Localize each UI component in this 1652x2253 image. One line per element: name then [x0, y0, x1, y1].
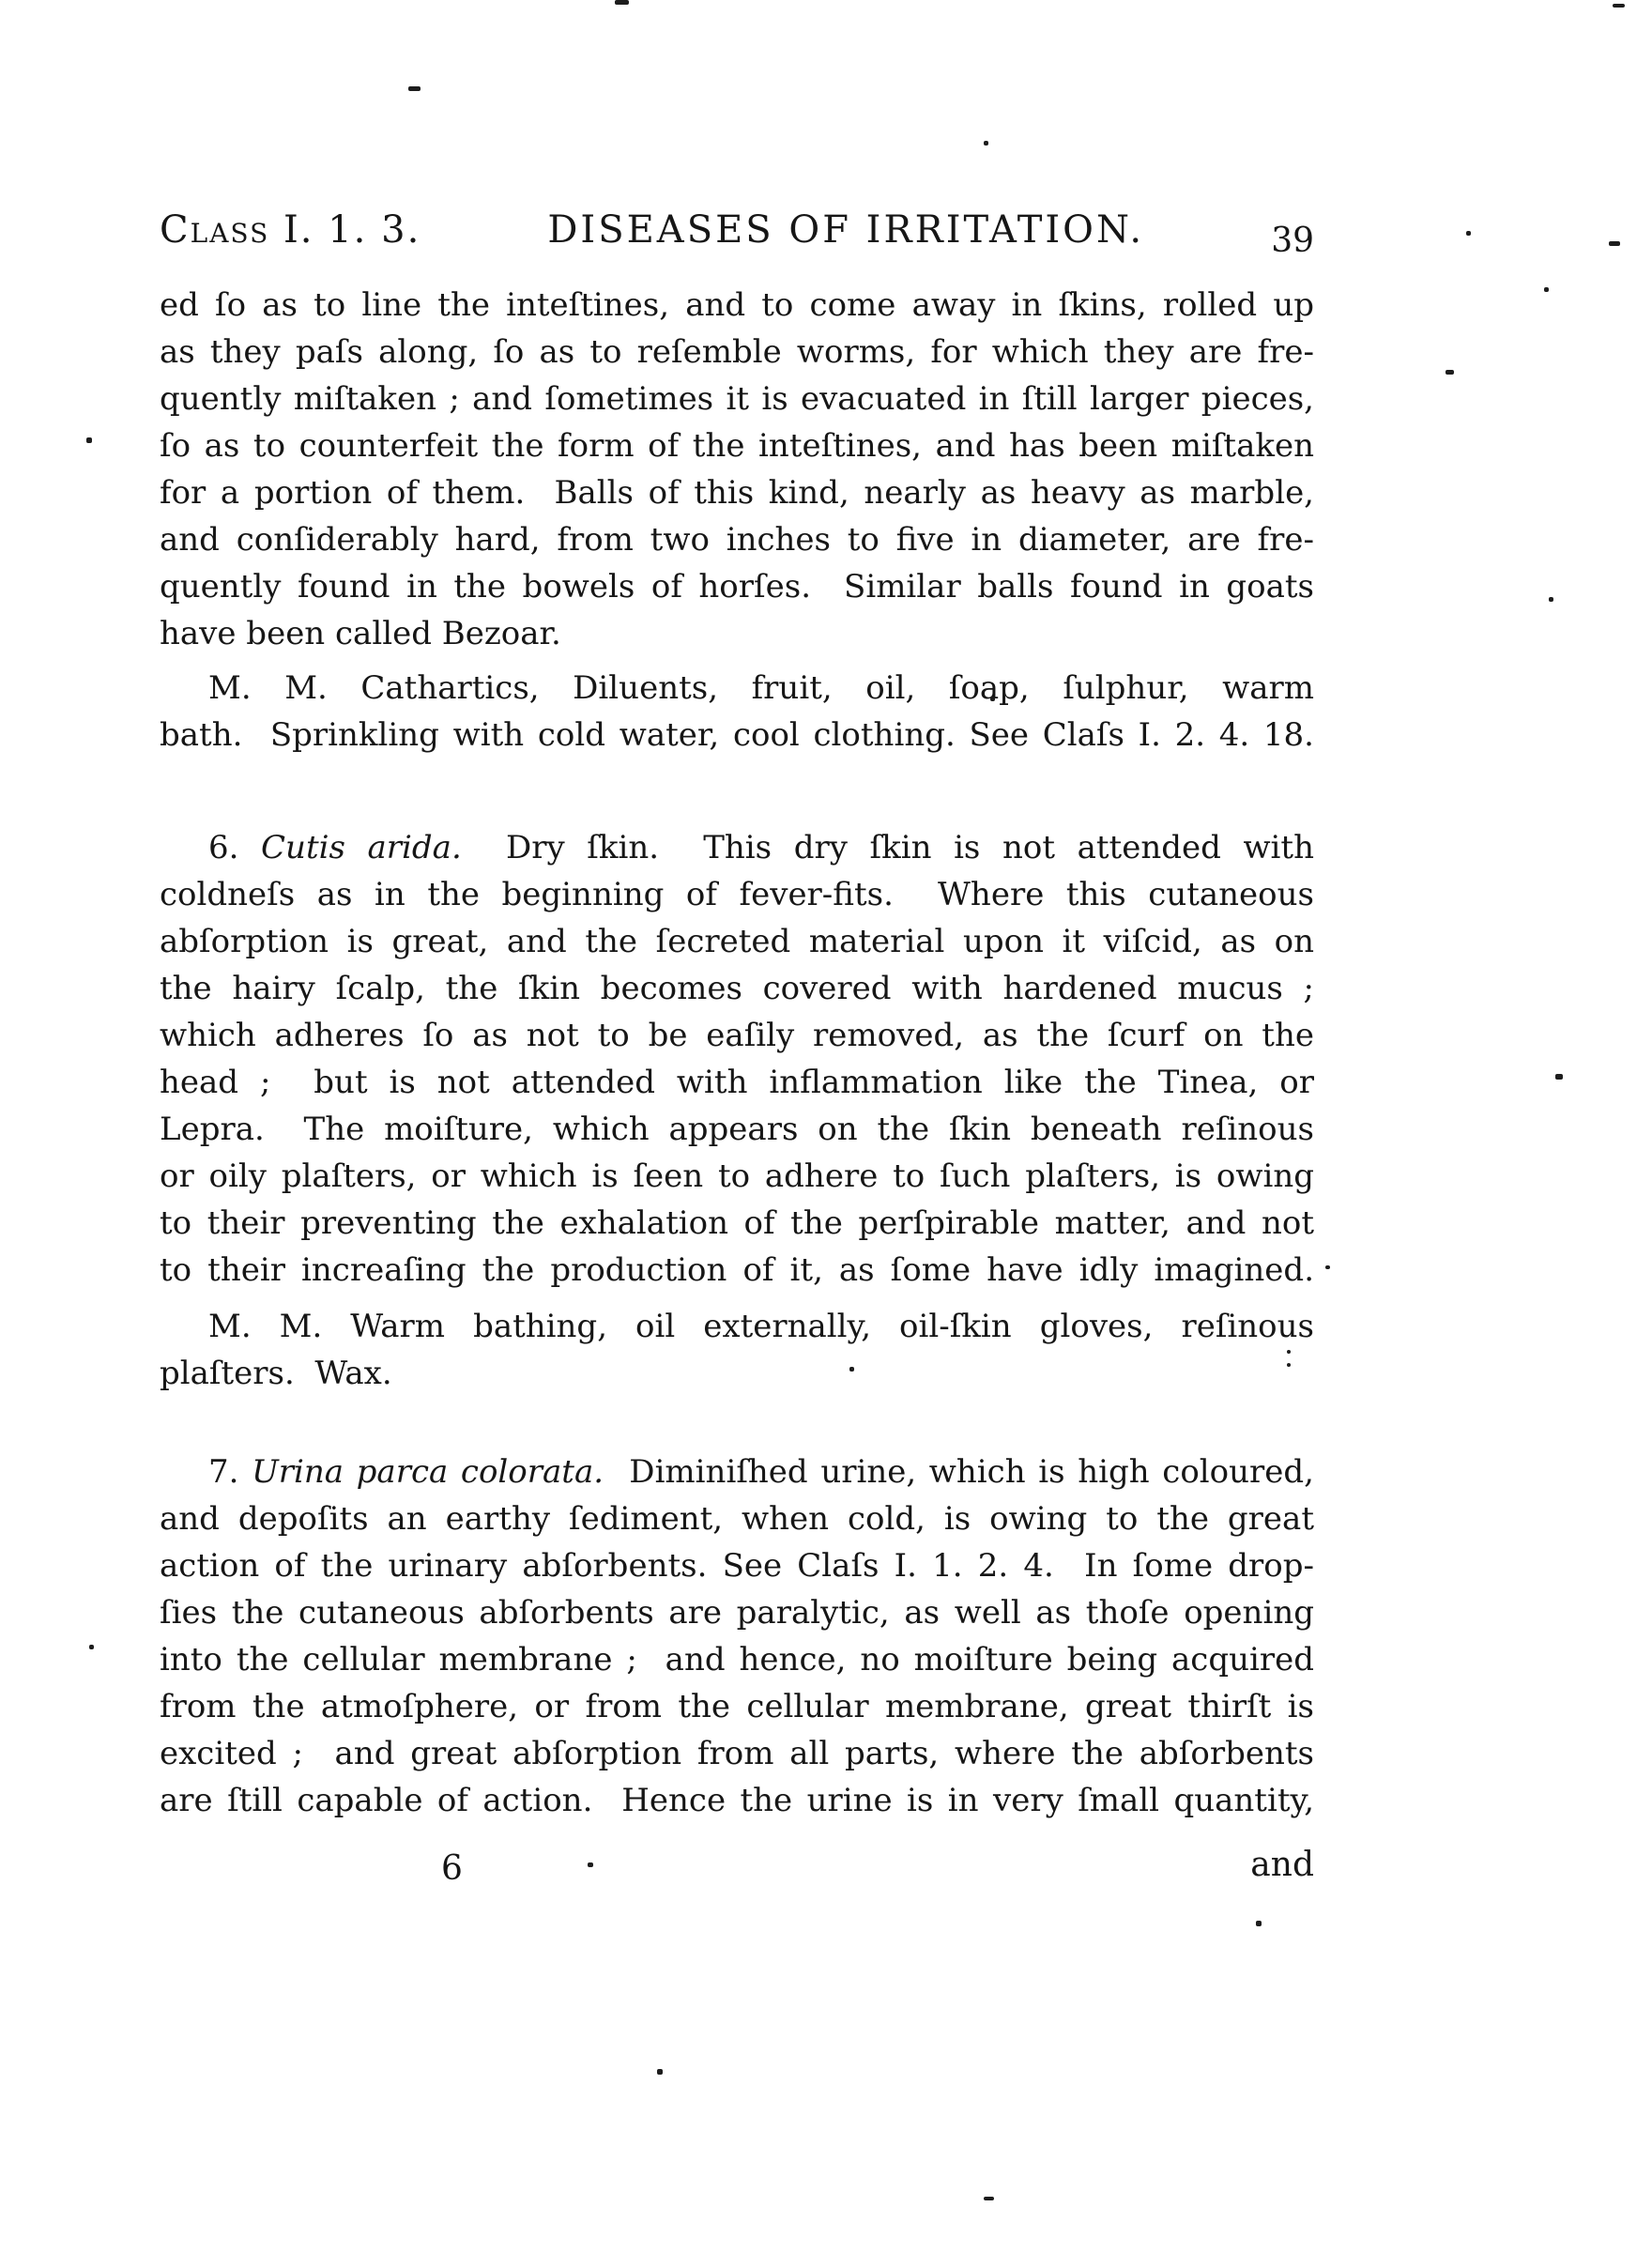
- text-segment: head ; but is not attended with inflamma…: [160, 1064, 1314, 1101]
- text-line: head ; but is not attended with inflamma…: [160, 1059, 1314, 1106]
- text-segment: and depoſits an earthy ſediment, when co…: [160, 1500, 1314, 1538]
- page-number: 39: [1271, 222, 1314, 260]
- scan-speck: [990, 697, 995, 701]
- book-page: Class I. 1. 3. DISEASES OF IRRITATION. 3…: [0, 0, 1652, 2253]
- text-line: Lepra. The moiſture, which appears on th…: [160, 1106, 1314, 1153]
- text-segment: bath. Sprinkling with cold water, cool c…: [160, 716, 1314, 754]
- scan-speck: [1325, 1265, 1330, 1269]
- scan-speck: [984, 141, 988, 146]
- paragraph: 6. Cutis arida. Dry ſkin. This dry ſkin …: [160, 824, 1314, 1294]
- scan-speck: [1256, 1921, 1262, 1926]
- text-line: quently found in the bowels of horſes. S…: [160, 563, 1314, 610]
- text-line: 6. Cutis arida. Dry ſkin. This dry ſkin …: [160, 824, 1314, 871]
- text-segment: quently found in the bowels of horſes. S…: [160, 568, 1314, 605]
- text-line: from the atmoſphere, or from the cellula…: [160, 1683, 1314, 1730]
- italic-phrase: Cutis arida.: [261, 829, 462, 866]
- catchword: and: [1250, 1842, 1314, 1889]
- scan-speck: [1609, 241, 1620, 246]
- text-segment: plaſters. Wax.: [160, 1355, 392, 1392]
- paragraph: M. M. Warm bathing, oil externally, oil-…: [160, 1303, 1314, 1397]
- scan-speck: [408, 86, 421, 91]
- text-line: 7. Urina parca colorata. Diminiſhed urin…: [160, 1448, 1314, 1495]
- text-segment: the hairy ſcalp, the ſkin becomes covere…: [160, 970, 1314, 1007]
- text-line: quently miſtaken ; and ſometimes it is e…: [160, 375, 1314, 422]
- scan-speck: [615, 0, 629, 5]
- scan-speck: [1613, 4, 1625, 8]
- paragraph: 7. Urina parca colorata. Diminiſhed urin…: [160, 1448, 1314, 1824]
- text-segment: are ſtill capable of action. Hence the u…: [160, 1782, 1314, 1819]
- text-line: action of the urinary abſorbents. See Cl…: [160, 1542, 1314, 1589]
- text-segment: coldneſs as in the beginning of fever-fi…: [160, 876, 1314, 913]
- text-line: M. M. Cathartics, Diluents, fruit, oil, …: [160, 665, 1314, 712]
- paragraph: ed ſo as to line the inteſtines, and to …: [160, 282, 1314, 657]
- text-line: ſies the cutaneous abſorbents are paraly…: [160, 1589, 1314, 1636]
- text-line: and depoſits an earthy ſediment, when co…: [160, 1495, 1314, 1542]
- text-line: plaſters. Wax.: [160, 1350, 1314, 1397]
- scan-speck: [849, 1367, 854, 1372]
- page-title: DISEASES OF IRRITATION.: [421, 208, 1271, 252]
- text-line: abſorption is great, and the ſecreted ma…: [160, 918, 1314, 965]
- scan-speck: [1445, 370, 1454, 375]
- text-segment: ed ſo as to line the inteſtines, and to …: [160, 286, 1314, 324]
- text-segment: for a portion of them. Balls of this kin…: [160, 474, 1314, 512]
- text-segment: action of the urinary abſorbents. See Cl…: [160, 1547, 1314, 1585]
- text-segment: excited ; and great abſorption from all …: [160, 1735, 1314, 1772]
- signature-mark: 6: [441, 1846, 463, 1893]
- text-line: are ſtill capable of action. Hence the u…: [160, 1777, 1314, 1824]
- text-segment: into the cellular membrane ; and hence, …: [160, 1641, 1314, 1678]
- scan-speck: [1544, 287, 1549, 292]
- text-segment: and conſiderably hard, from two inches t…: [160, 521, 1314, 559]
- page-footer: 6 and: [160, 1842, 1314, 1889]
- scan-speck: [984, 2197, 994, 2200]
- paragraph: M. M. Cathartics, Diluents, fruit, oil, …: [160, 665, 1314, 759]
- text-line: M. M. Warm bathing, oil externally, oil-…: [160, 1303, 1314, 1350]
- scan-speck: [86, 437, 92, 443]
- text-line: excited ; and great abſorption from all …: [160, 1730, 1314, 1777]
- text-line: ed ſo as to line the inteſtines, and to …: [160, 282, 1314, 329]
- text-line: the hairy ſcalp, the ſkin becomes covere…: [160, 965, 1314, 1012]
- text-segment: from the atmoſphere, or from the cellula…: [160, 1688, 1314, 1725]
- text-segment: 6.: [208, 829, 261, 866]
- scan-speck: [1287, 1363, 1291, 1367]
- text-segment: to their increaſing the production of it…: [160, 1251, 1314, 1289]
- class-label: Class I. 1. 3.: [160, 208, 421, 252]
- text-segment: abſorption is great, and the ſecreted ma…: [160, 923, 1314, 960]
- text-line: have been called Bezoar.: [160, 610, 1314, 657]
- scan-speck: [89, 1645, 94, 1649]
- text-segment: to their preventing the exhalation of th…: [160, 1204, 1314, 1242]
- running-header: Class I. 1. 3. DISEASES OF IRRITATION. 3…: [160, 208, 1314, 252]
- scan-speck: [1466, 231, 1471, 236]
- text-line: into the cellular membrane ; and hence, …: [160, 1636, 1314, 1683]
- text-segment: which adheres ſo as not to be eaſily rem…: [160, 1017, 1314, 1054]
- scan-speck: [588, 1862, 593, 1867]
- text-segment: M. M. Warm bathing, oil externally, oil-…: [208, 1308, 1314, 1345]
- text-segment: ſo as to counterfeit the form of the int…: [160, 427, 1314, 465]
- text-line: and conſiderably hard, from two inches t…: [160, 516, 1314, 563]
- text-segment: Lepra. The moiſture, which appears on th…: [160, 1111, 1314, 1148]
- scan-speck: [1287, 1350, 1291, 1354]
- text-segment: have been called Bezoar.: [160, 615, 561, 652]
- text-segment: Dry ſkin. This dry ſkin is not attended …: [462, 829, 1314, 866]
- text-segment: or oily plaſters, or which is ſeen to ad…: [160, 1157, 1314, 1195]
- text-segment: quently miſtaken ; and ſometimes it is e…: [160, 380, 1314, 418]
- text-block: ed ſo as to line the inteſtines, and to …: [160, 282, 1314, 1824]
- text-segment: Diminiſhed urine, which is high coloured…: [604, 1453, 1314, 1491]
- scan-speck: [1555, 1074, 1563, 1080]
- text-segment: M. M. Cathartics, Diluents, fruit, oil, …: [208, 669, 1314, 707]
- text-line: coldneſs as in the beginning of fever-fi…: [160, 871, 1314, 918]
- text-segment: ſies the cutaneous abſorbents are paraly…: [160, 1594, 1314, 1632]
- text-line: for a portion of them. Balls of this kin…: [160, 469, 1314, 516]
- scan-speck: [1549, 597, 1553, 602]
- text-line: or oily plaſters, or which is ſeen to ad…: [160, 1153, 1314, 1200]
- italic-phrase: Urina parca colorata.: [252, 1453, 604, 1491]
- text-line: as they paſs along, ſo as to reſemble wo…: [160, 329, 1314, 375]
- scan-speck: [657, 2069, 663, 2075]
- text-segment: 7.: [208, 1453, 252, 1491]
- text-line: bath. Sprinkling with cold water, cool c…: [160, 712, 1314, 759]
- text-line: which adheres ſo as not to be eaſily rem…: [160, 1012, 1314, 1059]
- text-line: to their increaſing the production of it…: [160, 1247, 1314, 1294]
- text-line: to their preventing the exhalation of th…: [160, 1200, 1314, 1247]
- text-segment: as they paſs along, ſo as to reſemble wo…: [160, 333, 1314, 371]
- text-line: ſo as to counterfeit the form of the int…: [160, 422, 1314, 469]
